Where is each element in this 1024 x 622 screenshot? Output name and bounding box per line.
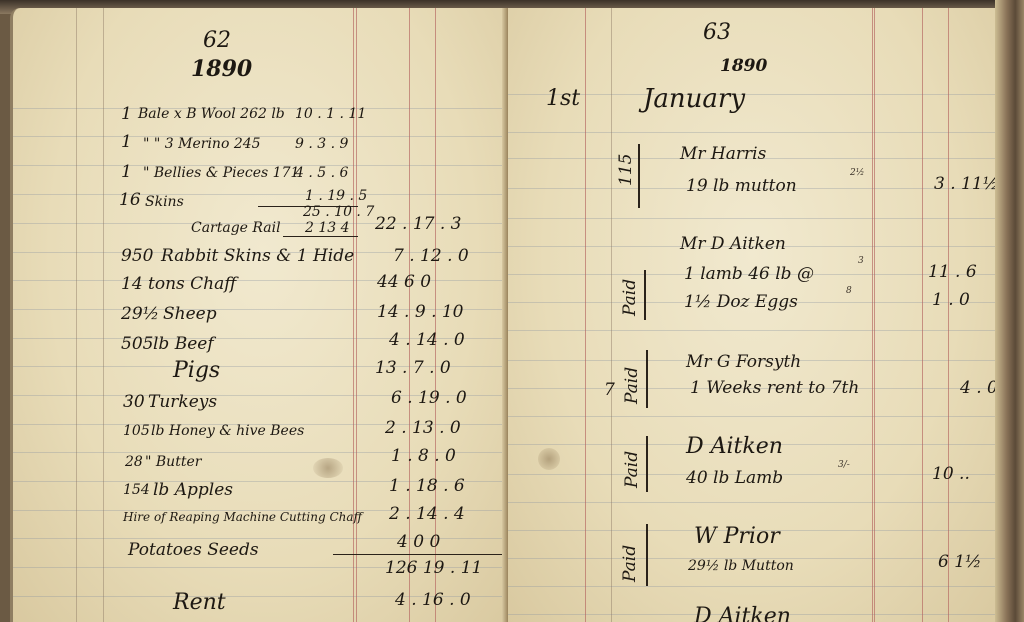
- rent-label: Rent: [173, 590, 226, 615]
- left-page: 62 1890 1 Bale x B Wool 262 lb 10 . 1 . …: [10, 8, 513, 622]
- date-month: January: [643, 84, 745, 114]
- grand-total: 126 19 . 11: [385, 558, 482, 578]
- rent-amount: 4 . 16 . 0: [395, 590, 471, 610]
- torn-page-edge: [995, 0, 1024, 622]
- page-number: 62: [203, 28, 231, 53]
- subtotal: 25 . 10 . 7: [303, 204, 374, 220]
- right-page: 63 1890 1st January 115 Mr Harris 19 lb …: [508, 8, 998, 622]
- page-year: 1890: [720, 56, 767, 76]
- date-day: 1st: [546, 86, 580, 111]
- page-number: 63: [703, 20, 731, 45]
- page-year: 1890: [191, 56, 252, 82]
